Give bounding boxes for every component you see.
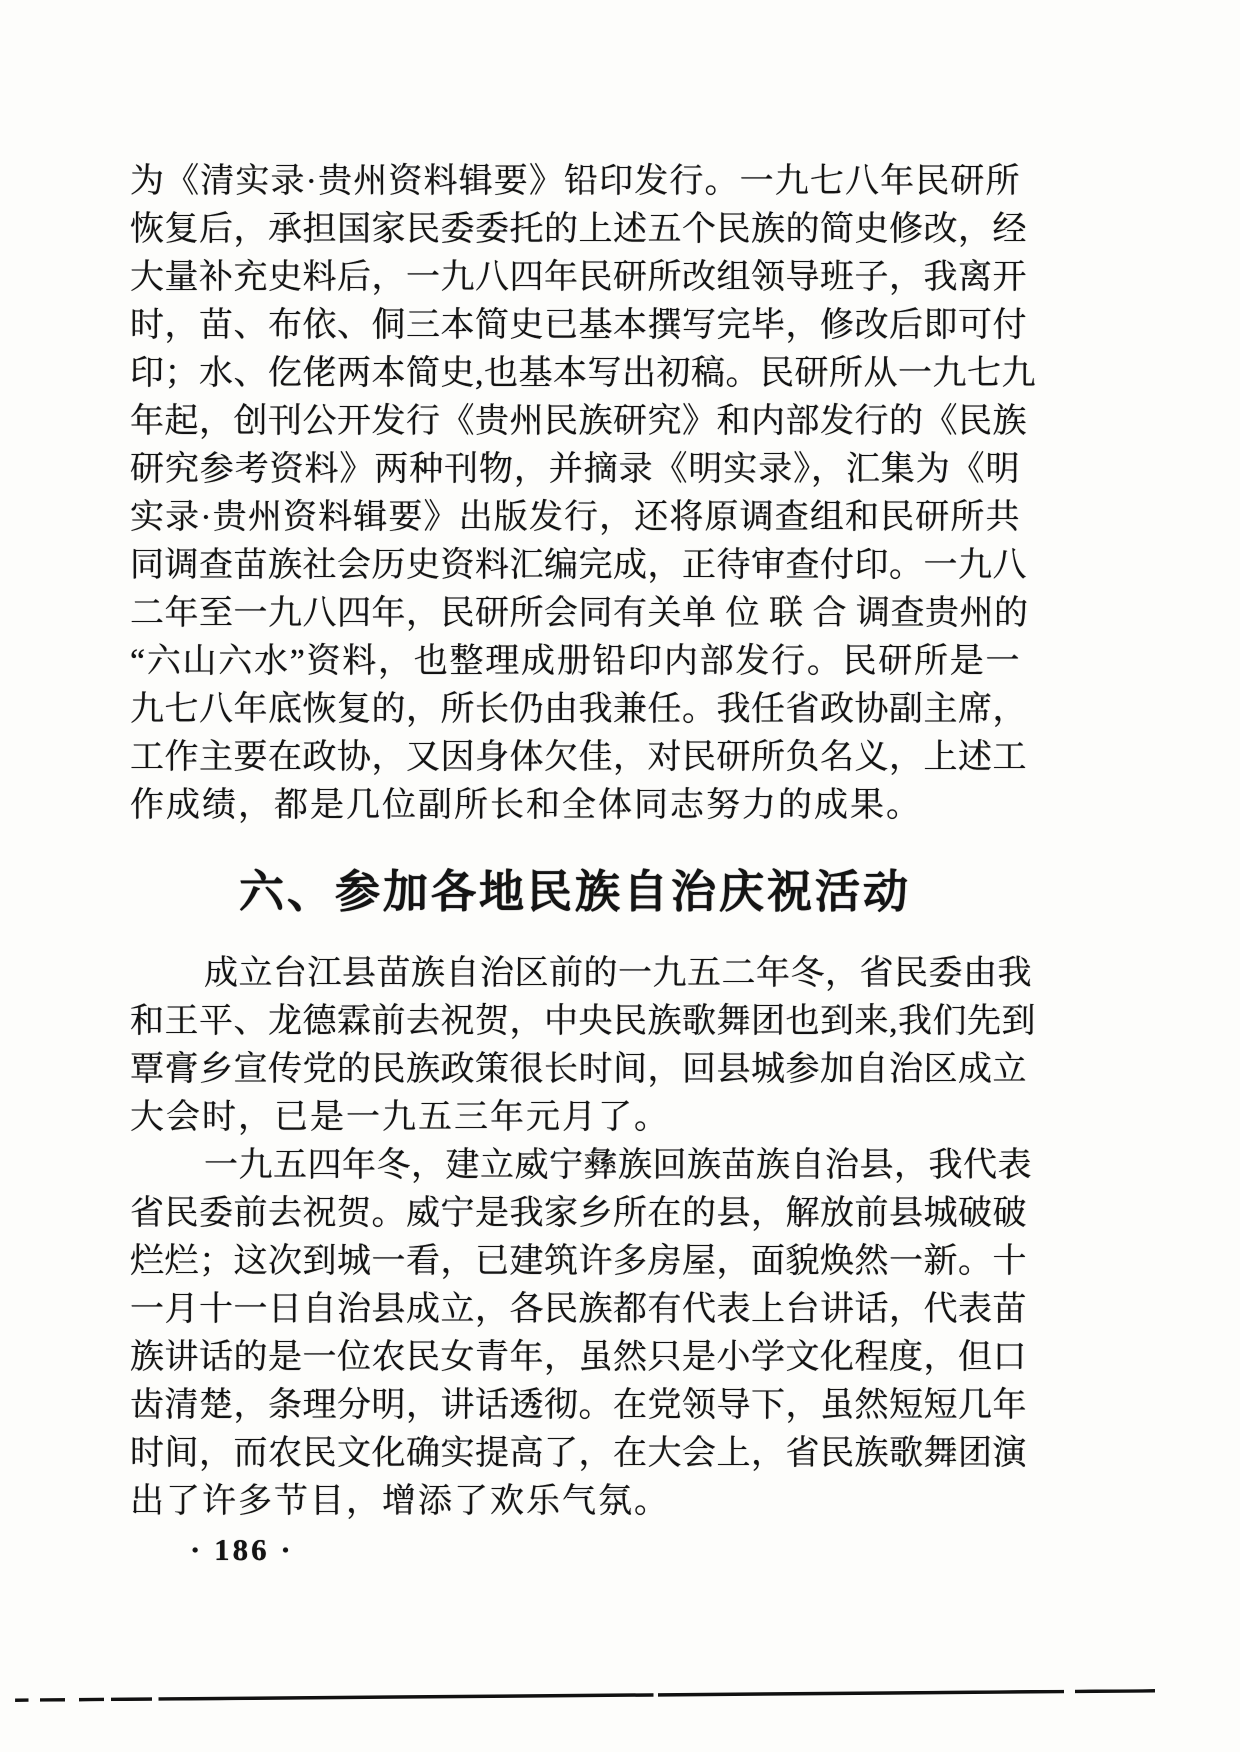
text-line: 工作主要在政协，又因身体欠佳，对民研所负名义，上述工 [130,734,1020,782]
paragraph: 一九五四年冬，建立威宁彝族回族苗族自治县，我代表省民委前去祝贺。威宁是我家乡所在… [130,1142,1020,1526]
text-line: 大量补充史料后，一九八四年民研所改组领导班子，我离开 [130,254,1020,302]
text-line: 印；水、仡佬两本简史,也基本写出初稿。民研所从一九七九 [130,350,1020,398]
paragraph: 成立台江县苗族自治区前的一九五二年冬，省民委由我和王平、龙德霖前去祝贺，中央民族… [130,950,1020,1142]
scanned-book-page: 为《清实录·贵州资料辑要》铅印发行。一九七八年民研所恢复后，承担国家民委委托的上… [0,0,1240,1752]
text-line: “六山六水”资料，也整理成册铅印内部发行。民研所是一 [130,638,1020,686]
text-line: 实录·贵州资料辑要》出版发行，还将原调查组和民研所共 [130,494,1020,542]
text-line: 省民委前去祝贺。威宁是我家乡所在的县，解放前县城破破 [130,1190,1020,1238]
text-line: 同调查苗族社会历史资料汇编完成，正待审查付印。一九八 [130,542,1020,590]
text-line: 为《清实录·贵州资料辑要》铅印发行。一九七八年民研所 [130,158,1020,206]
text-line: 齿清楚，条理分明，讲话透彻。在党领导下，虽然短短几年 [130,1382,1020,1430]
text-line: 二年至一九八四年，民研所会同有关单 位 联 合 调查贵州的 [130,590,1020,638]
text-line: 族讲话的是一位农民女青年，虽然只是小学文化程度，但口 [130,1334,1020,1382]
text-line: 作成绩，都是几位副所长和全体同志努力的成果。 [130,782,1020,830]
body-text: 为《清实录·贵州资料辑要》铅印发行。一九七八年民研所恢复后，承担国家民委委托的上… [130,158,1020,1526]
page-number: · 186 · [190,1532,294,1568]
text-line: 出了许多节目，增添了欢乐气氛。 [130,1478,1020,1526]
text-line: 覃膏乡宣传党的民族政策很长时间，回县城参加自治区成立 [130,1046,1020,1094]
text-line: 恢复后，承担国家民委委托的上述五个民族的简史修改，经 [130,206,1020,254]
scan-edge-artifact [15,1689,1155,1702]
paragraph: 为《清实录·贵州资料辑要》铅印发行。一九七八年民研所恢复后，承担国家民委委托的上… [130,158,1020,830]
text-line: 烂烂；这次到城一看，已建筑许多房屋，面貌焕然一新。十 [130,1238,1020,1286]
text-line: 九七八年底恢复的，所长仍由我兼任。我任省政协副主席， [130,686,1020,734]
text-line: 时，苗、布依、侗三本简史已基本撰写完毕，修改后即可付 [130,302,1020,350]
text-line: 和王平、龙德霖前去祝贺，中央民族歌舞团也到来,我们先到 [130,998,1020,1046]
text-line: 年起，创刊公开发行《贵州民族研究》和内部发行的《民族 [130,398,1020,446]
text-line: 一九五四年冬，建立威宁彝族回族苗族自治县，我代表 [130,1142,1020,1190]
text-line: 时间，而农民文化确实提高了，在大会上，省民族歌舞团演 [130,1430,1020,1478]
text-line: 成立台江县苗族自治区前的一九五二年冬，省民委由我 [130,950,1020,998]
section-heading: 六、参加各地民族自治庆祝活动 [130,864,1020,920]
text-line: 研究参考资料》两种刊物，并摘录《明实录》，汇集为《明 [130,446,1020,494]
text-line: 大会时，已是一九五三年元月了。 [130,1094,1020,1142]
text-line: 一月十一日自治县成立，各民族都有代表上台讲话，代表苗 [130,1286,1020,1334]
